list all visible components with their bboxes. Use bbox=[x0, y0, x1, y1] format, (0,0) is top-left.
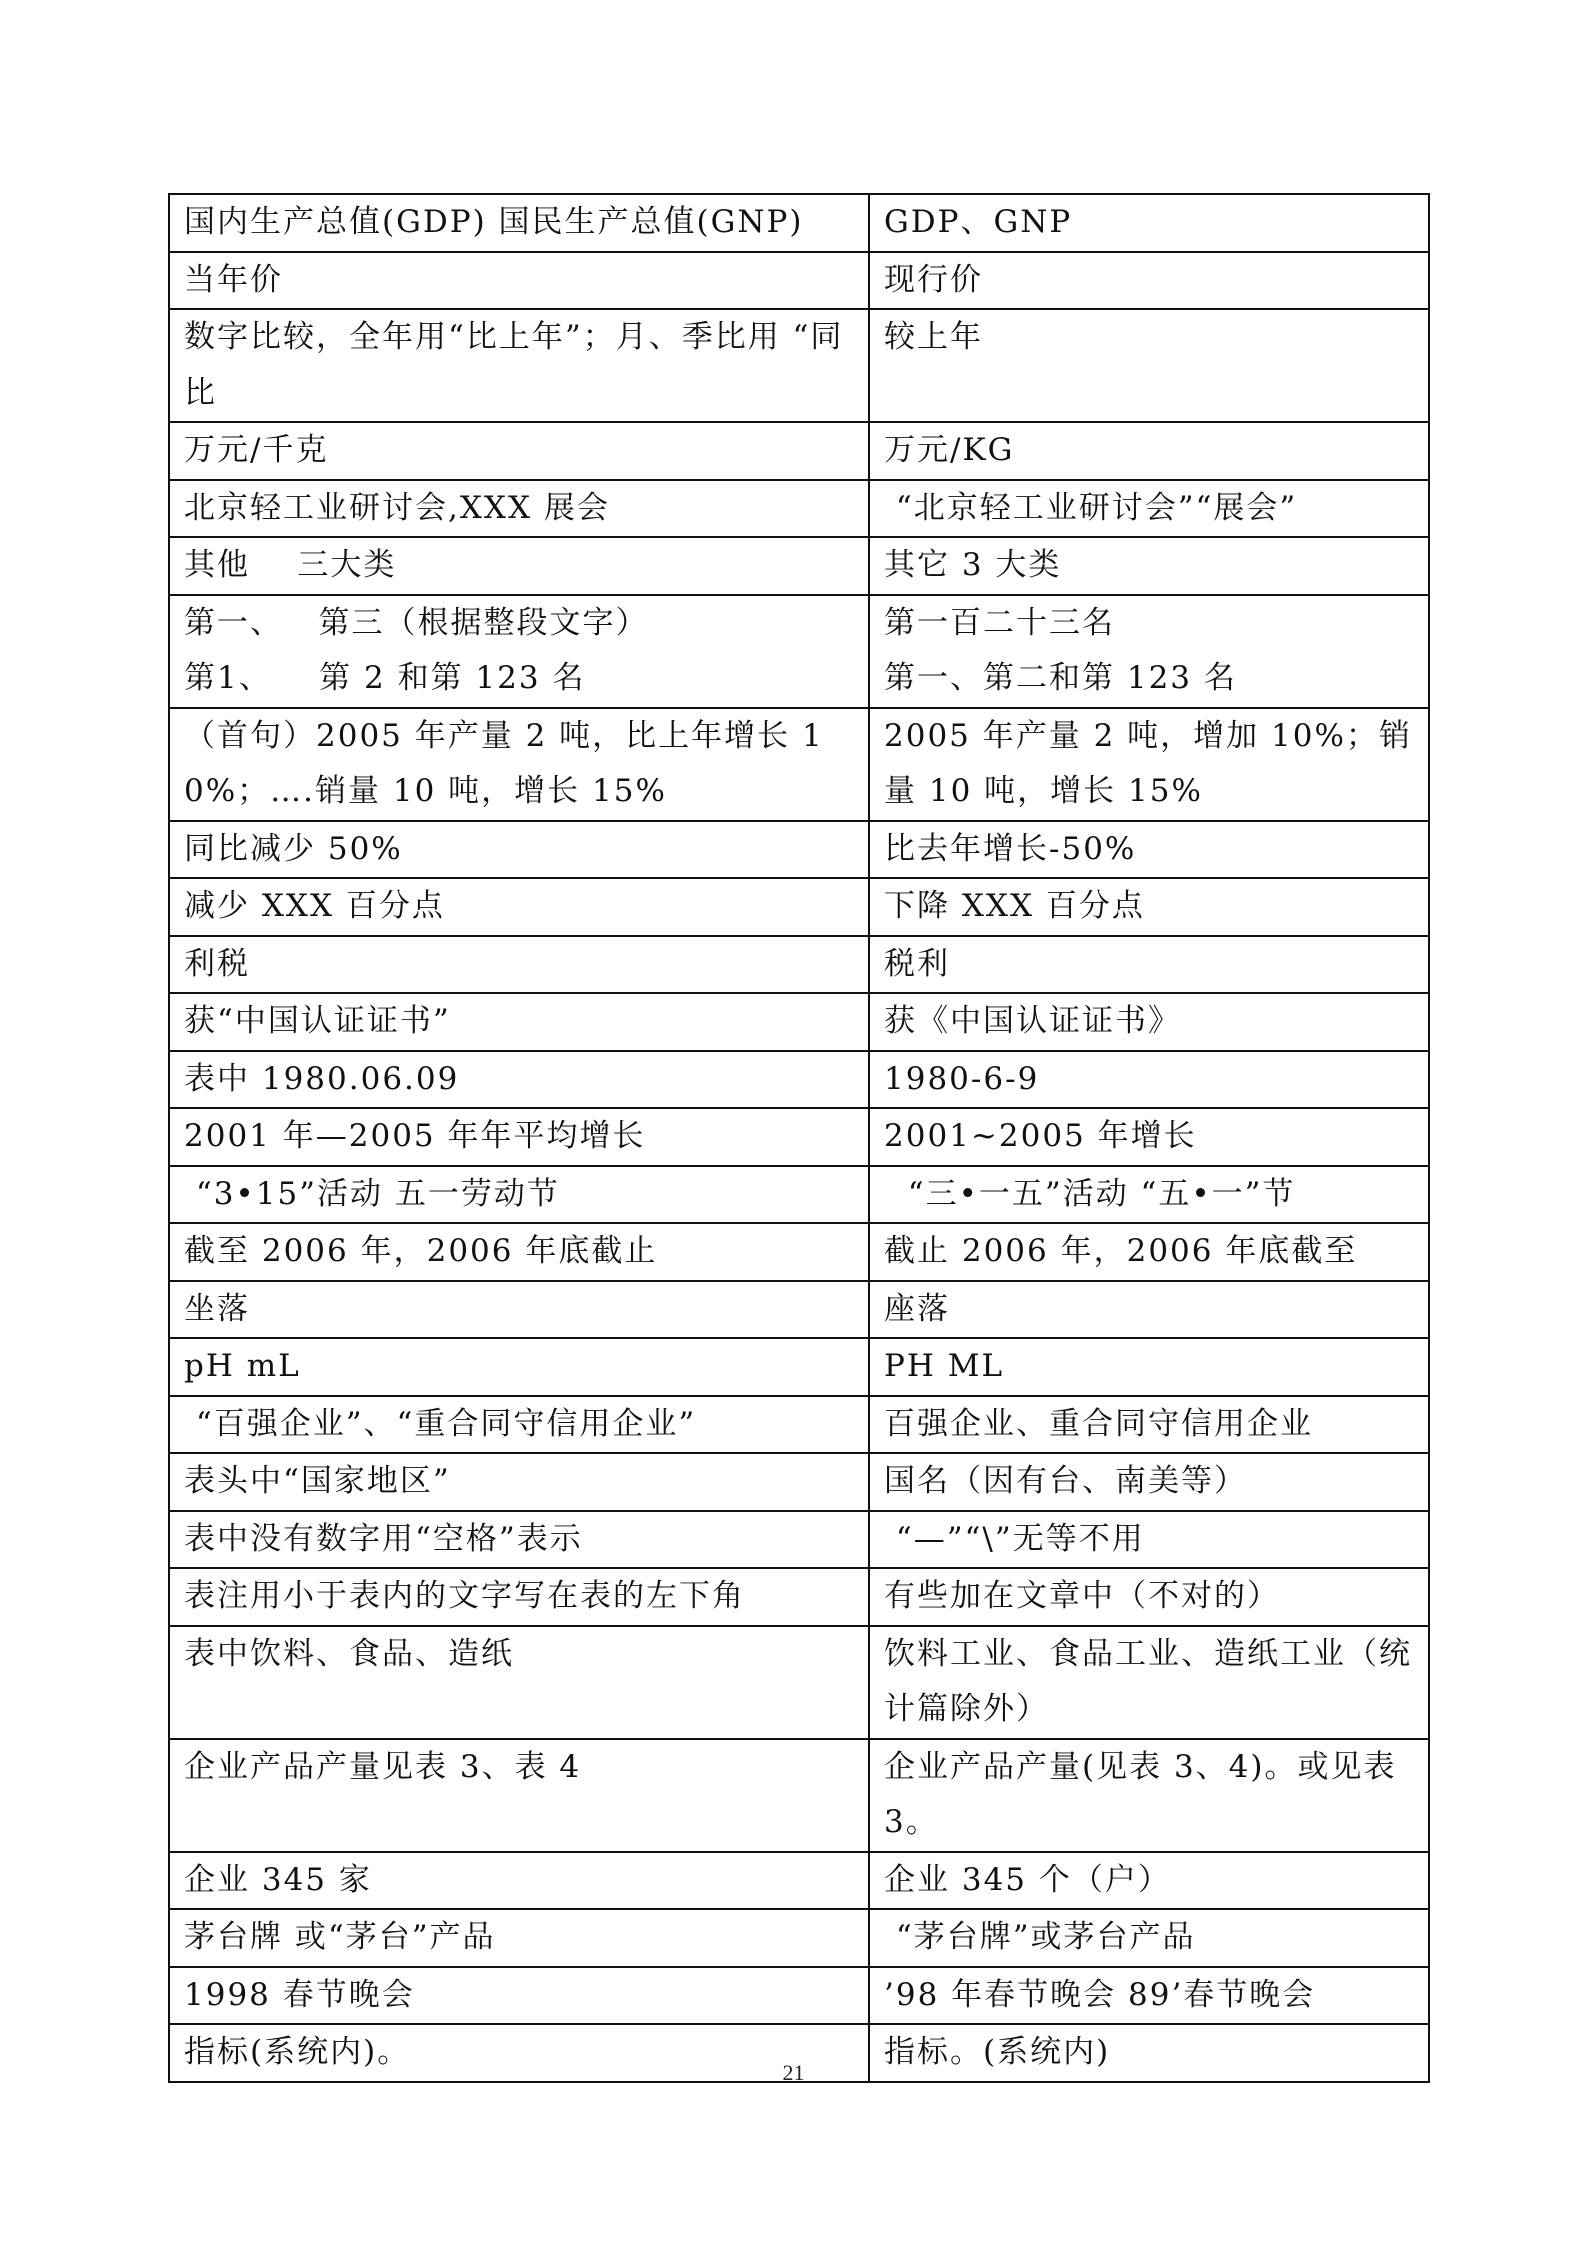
table-row: 利税 税利 bbox=[169, 936, 1429, 994]
correct-usage-cell: 企业 345 家 bbox=[169, 1852, 869, 1910]
table-row: 茅台牌 或“茅台”产品 “茅台牌”或茅台产品 bbox=[169, 1909, 1429, 1967]
incorrect-usage-cell: 百强企业、重合同守信用企业 bbox=[869, 1396, 1429, 1454]
table-row: 表中 1980.06.09 1980-6-9 bbox=[169, 1051, 1429, 1109]
incorrect-usage-cell: 其它 3 大类 bbox=[869, 537, 1429, 595]
incorrect-usage-cell: GDP、GNP bbox=[869, 194, 1429, 252]
table-row: 坐落 座落 bbox=[169, 1281, 1429, 1339]
document-page: 国内生产总值(GDP) 国民生产总值(GNP) GDP、GNP 当年价 现行价 … bbox=[0, 0, 1587, 2245]
incorrect-usage-cell: 截止 2006 年，2006 年底截至 bbox=[869, 1223, 1429, 1281]
incorrect-usage-cell: 比去年增长-50% bbox=[869, 821, 1429, 879]
correct-usage-cell: 坐落 bbox=[169, 1281, 869, 1339]
correct-usage-cell: “3•15”活动 五一劳动节 bbox=[169, 1166, 869, 1224]
table-row: 减少 XXX 百分点 下降 XXX 百分点 bbox=[169, 878, 1429, 936]
incorrect-usage-cell: 获《中国认证证书》 bbox=[869, 993, 1429, 1051]
correct-usage-cell: 当年价 bbox=[169, 252, 869, 310]
table-row: 表注用小于表内的文字写在表的左下角 有些加在文章中（不对的） bbox=[169, 1568, 1429, 1626]
incorrect-usage-cell: “北京轻工业研讨会”“展会” bbox=[869, 480, 1429, 538]
correct-usage-cell: 截至 2006 年，2006 年底截止 bbox=[169, 1223, 869, 1281]
correct-usage-cell: 表中 1980.06.09 bbox=[169, 1051, 869, 1109]
incorrect-usage-cell: 万元/KG bbox=[869, 422, 1429, 480]
table-row: “百强企业”、“重合同守信用企业” 百强企业、重合同守信用企业 bbox=[169, 1396, 1429, 1454]
correct-usage-cell: “百强企业”、“重合同守信用企业” bbox=[169, 1396, 869, 1454]
incorrect-usage-cell: 2005 年产量 2 吨，增加 10%；销量 10 吨，增长 15% bbox=[869, 708, 1429, 821]
incorrect-usage-cell: 企业产品产量(见表 3、4)。或见表 3。 bbox=[869, 1739, 1429, 1852]
table-row: pH mL PH ML bbox=[169, 1338, 1429, 1396]
table-row: （首句）2005 年产量 2 吨，比上年增长 10%；….销量 10 吨，增长 … bbox=[169, 708, 1429, 821]
correct-usage-cell: （首句）2005 年产量 2 吨，比上年增长 10%；….销量 10 吨，增长 … bbox=[169, 708, 869, 821]
table-row: 企业 345 家 企业 345 个（户） bbox=[169, 1852, 1429, 1910]
incorrect-usage-cell: 有些加在文章中（不对的） bbox=[869, 1568, 1429, 1626]
incorrect-usage-cell: 较上年 bbox=[869, 309, 1429, 422]
correct-usage-cell: 表注用小于表内的文字写在表的左下角 bbox=[169, 1568, 869, 1626]
incorrect-usage-cell: 座落 bbox=[869, 1281, 1429, 1339]
page-number: 21 bbox=[0, 2060, 1587, 2086]
incorrect-usage-cell: ’98 年春节晚会 89’春节晚会 bbox=[869, 1967, 1429, 2025]
table-row: 1998 春节晚会 ’98 年春节晚会 89’春节晚会 bbox=[169, 1967, 1429, 2025]
table-row: 表中没有数字用“空格”表示 “—”“\”无等不用 bbox=[169, 1511, 1429, 1569]
table-row: 2001 年—2005 年年平均增长 2001~2005 年增长 bbox=[169, 1108, 1429, 1166]
table-row: 截至 2006 年，2006 年底截止 截止 2006 年，2006 年底截至 bbox=[169, 1223, 1429, 1281]
incorrect-usage-cell: 国名（因有台、南美等） bbox=[869, 1453, 1429, 1511]
table-row: 表头中“国家地区” 国名（因有台、南美等） bbox=[169, 1453, 1429, 1511]
table-row: 北京轻工业研讨会,XXX 展会 “北京轻工业研讨会”“展会” bbox=[169, 480, 1429, 538]
correct-usage-cell: 获“中国认证证书” bbox=[169, 993, 869, 1051]
incorrect-usage-cell: 饮料工业、食品工业、造纸工业（统计篇除外） bbox=[869, 1626, 1429, 1739]
correct-usage-cell: 表头中“国家地区” bbox=[169, 1453, 869, 1511]
usage-comparison-table: 国内生产总值(GDP) 国民生产总值(GNP) GDP、GNP 当年价 现行价 … bbox=[168, 193, 1430, 2083]
correct-usage-cell: 北京轻工业研讨会,XXX 展会 bbox=[169, 480, 869, 538]
correct-usage-cell: pH mL bbox=[169, 1338, 869, 1396]
table-row: 国内生产总值(GDP) 国民生产总值(GNP) GDP、GNP bbox=[169, 194, 1429, 252]
correct-usage-cell: 表中饮料、食品、造纸 bbox=[169, 1626, 869, 1739]
table-body: 国内生产总值(GDP) 国民生产总值(GNP) GDP、GNP 当年价 现行价 … bbox=[169, 194, 1429, 2082]
table-row: 同比减少 50% 比去年增长-50% bbox=[169, 821, 1429, 879]
correct-usage-cell: 减少 XXX 百分点 bbox=[169, 878, 869, 936]
table-row: 其他 三大类 其它 3 大类 bbox=[169, 537, 1429, 595]
correct-usage-cell: 2001 年—2005 年年平均增长 bbox=[169, 1108, 869, 1166]
correct-usage-cell: 第一、 第三（根据整段文字） 第1、 第 2 和第 123 名 bbox=[169, 595, 869, 708]
incorrect-usage-cell: “茅台牌”或茅台产品 bbox=[869, 1909, 1429, 1967]
incorrect-usage-cell: PH ML bbox=[869, 1338, 1429, 1396]
table-row: 当年价 现行价 bbox=[169, 252, 1429, 310]
correct-usage-cell: 企业产品产量见表 3、表 4 bbox=[169, 1739, 869, 1852]
correct-usage-cell: 国内生产总值(GDP) 国民生产总值(GNP) bbox=[169, 194, 869, 252]
incorrect-usage-cell: 第一百二十三名 第一、第二和第 123 名 bbox=[869, 595, 1429, 708]
table-row: 表中饮料、食品、造纸 饮料工业、食品工业、造纸工业（统计篇除外） bbox=[169, 1626, 1429, 1739]
correct-usage-cell: 利税 bbox=[169, 936, 869, 994]
correct-usage-cell: 万元/千克 bbox=[169, 422, 869, 480]
table-row: 企业产品产量见表 3、表 4 企业产品产量(见表 3、4)。或见表 3。 bbox=[169, 1739, 1429, 1852]
incorrect-usage-cell: 2001~2005 年增长 bbox=[869, 1108, 1429, 1166]
correct-usage-cell: 表中没有数字用“空格”表示 bbox=[169, 1511, 869, 1569]
table-row: 第一、 第三（根据整段文字） 第1、 第 2 和第 123 名 第一百二十三名 … bbox=[169, 595, 1429, 708]
incorrect-usage-cell: “—”“\”无等不用 bbox=[869, 1511, 1429, 1569]
table-row: 万元/千克 万元/KG bbox=[169, 422, 1429, 480]
table-row: 获“中国认证证书” 获《中国认证证书》 bbox=[169, 993, 1429, 1051]
correct-usage-cell: 数字比较，全年用“比上年”；月、季比用 “同比 bbox=[169, 309, 869, 422]
incorrect-usage-cell: 1980-6-9 bbox=[869, 1051, 1429, 1109]
incorrect-usage-cell: 下降 XXX 百分点 bbox=[869, 878, 1429, 936]
incorrect-usage-cell: 税利 bbox=[869, 936, 1429, 994]
correct-usage-cell: 茅台牌 或“茅台”产品 bbox=[169, 1909, 869, 1967]
incorrect-usage-cell: 企业 345 个（户） bbox=[869, 1852, 1429, 1910]
correct-usage-cell: 其他 三大类 bbox=[169, 537, 869, 595]
incorrect-usage-cell: 现行价 bbox=[869, 252, 1429, 310]
correct-usage-cell: 1998 春节晚会 bbox=[169, 1967, 869, 2025]
table-row: 数字比较，全年用“比上年”；月、季比用 “同比 较上年 bbox=[169, 309, 1429, 422]
incorrect-usage-cell: “三•一五”活动 “五•一”节 bbox=[869, 1166, 1429, 1224]
correct-usage-cell: 同比减少 50% bbox=[169, 821, 869, 879]
table-row: “3•15”活动 五一劳动节 “三•一五”活动 “五•一”节 bbox=[169, 1166, 1429, 1224]
